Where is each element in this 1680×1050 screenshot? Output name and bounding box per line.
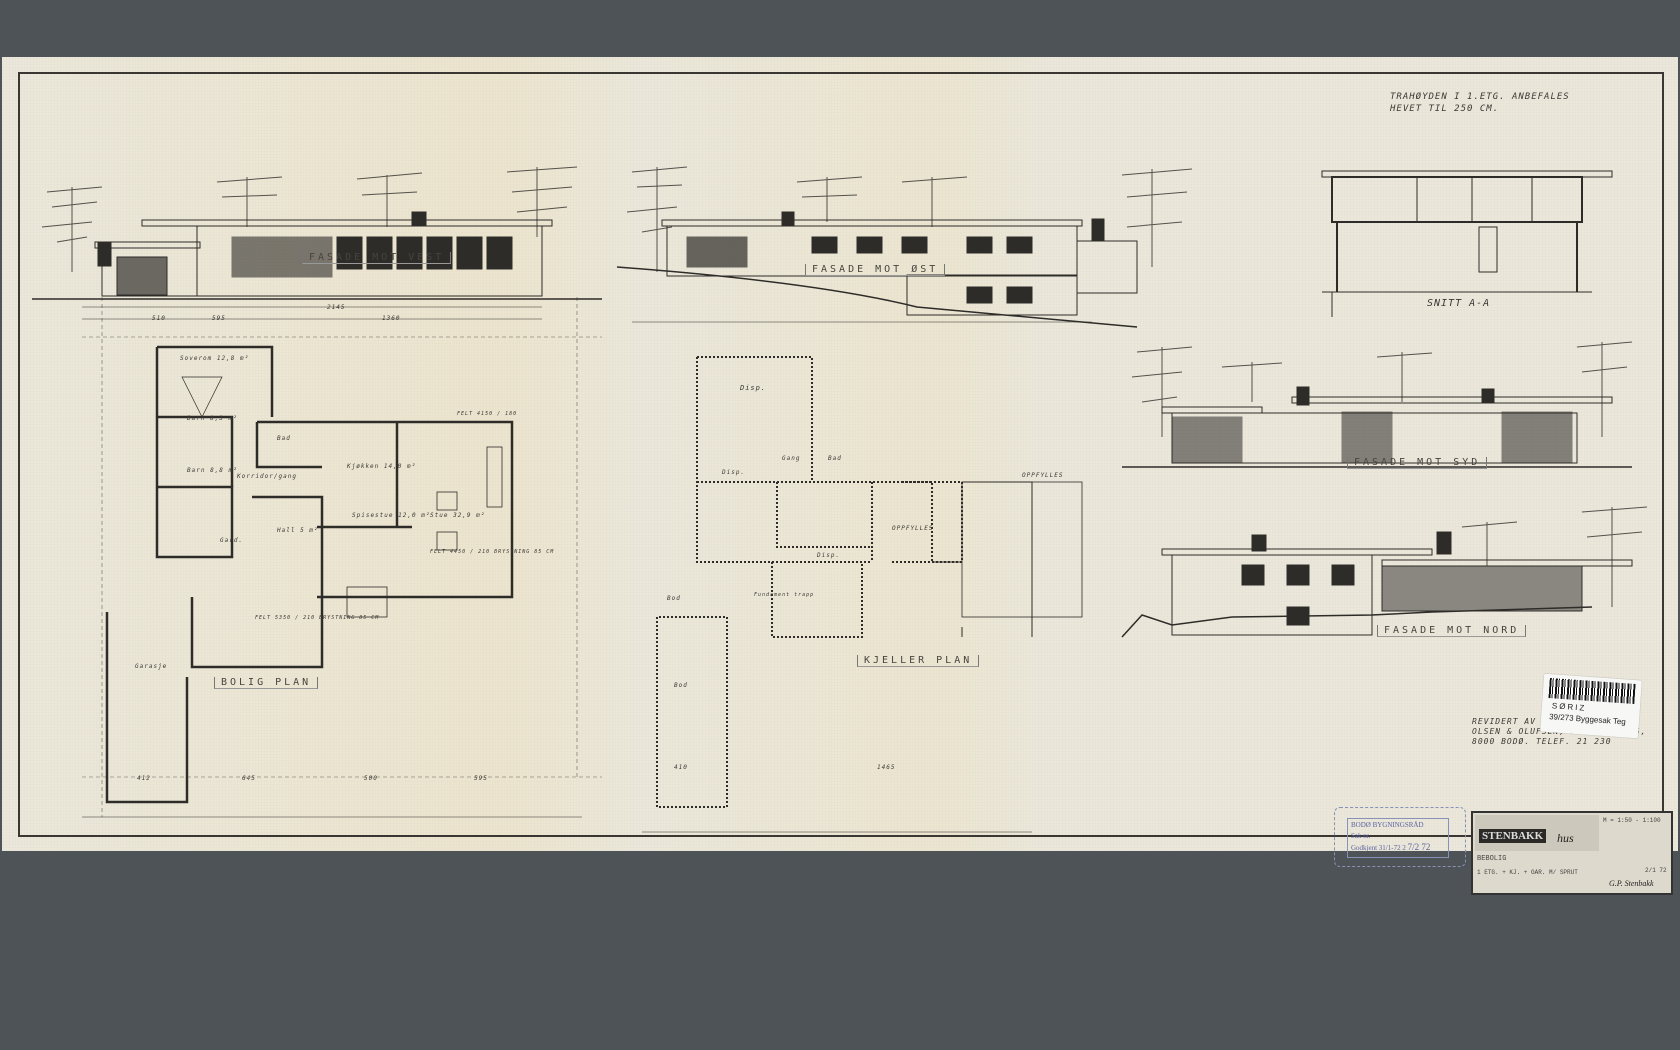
basement-plan-label: KJELLER PLAN [857, 655, 979, 667]
dim-label: 510 [152, 315, 166, 322]
facade-west-label: FASADE MOT VEST [302, 252, 451, 264]
floor-plan-main [82, 297, 602, 827]
dim-label: 595 [212, 315, 226, 322]
ceiling-height-note: TRAHØYDEN I 1.ETG. ANBEFALES HEVET TIL 2… [1390, 91, 1570, 115]
facade-north-label: FASADE MOT NORD [1377, 625, 1526, 637]
dim-label: 1360 [382, 315, 400, 322]
signature: G.P. Stenbakk [1609, 879, 1654, 888]
room-label: Gang [782, 455, 800, 462]
description-field: 1 ETG. + KJ. + GAR. M/ SPRUT [1477, 869, 1578, 876]
brand-logo: STENBAKK hus [1475, 815, 1599, 851]
stamp-line: Godkjent 31/1-72 2 7/2 72 [1348, 841, 1448, 853]
room-label: Stue 32,9 m² [430, 512, 485, 519]
dim-label: 410 [674, 764, 688, 771]
dim-label: 2145 [327, 304, 345, 311]
tree-icon [1222, 362, 1282, 402]
dim-label: 500 [364, 775, 378, 782]
room-name: Barn [187, 467, 205, 474]
dim-label: 595 [474, 775, 488, 782]
scale-field: M = 1:50 - 1:100 [1603, 817, 1661, 824]
room-area: 12,0 m² [398, 512, 430, 519]
room-label: Bod [674, 682, 688, 689]
brand-suffix: hus [1557, 831, 1574, 846]
title-block: STENBAKK hus M = 1:50 - 1:100 BEBOLIG 1 … [1471, 811, 1673, 895]
facade-east-label: FASADE MOT ØST [805, 264, 945, 276]
tree-icon [1122, 169, 1192, 267]
room-label: Spisestue 12,0 m² [352, 512, 430, 519]
floor-plan-label: BOLIG PLAN [214, 677, 318, 689]
room-label: Soverom 12,8 m² [180, 355, 249, 362]
dim-label: 645 [242, 775, 256, 782]
stamp-box: BODØ BYGNINGSRÅD Sak nr. Godkjent 31/1-7… [1347, 818, 1449, 858]
room-label: OPPFYLLES [892, 525, 934, 532]
room-label: Hall 5 m² [277, 527, 319, 534]
room-label: Bad [277, 435, 291, 442]
sticker-text: 39/273 Byggesak Teg [1549, 712, 1626, 726]
room-name: Spisestue [352, 512, 394, 519]
floor-plan-basement [632, 317, 1092, 837]
note-line: TRAHØYDEN I 1.ETG. ANBEFALES [1390, 91, 1570, 103]
room-label: Disp. [817, 552, 840, 559]
barcode-icon [1548, 678, 1635, 704]
facade-east-drawing [617, 157, 1207, 337]
room-area: 14,0 m² [384, 463, 416, 470]
sticker-code: SØRIZ [1552, 701, 1587, 712]
room-label: Kjøkken 14,0 m² [347, 463, 416, 470]
room-label: Barn 8,3 m² [187, 415, 238, 422]
room-label: Fundament trapp [754, 592, 814, 598]
room-label: Disp. [740, 384, 766, 392]
archive-sticker: SØRIZ 39/273 Byggesak Teg [1540, 674, 1642, 739]
room-label: Disp. [722, 469, 745, 476]
stamp-line: Sak nr. [1348, 831, 1448, 841]
room-label: Gard. [220, 537, 243, 544]
plan-note: FELT 5350 / 210 BRYSTNING 85 CM [255, 615, 379, 621]
facade-south-label: FASADE MOT SYD [1347, 457, 1487, 469]
tree-icon [1582, 507, 1647, 607]
facade-west-drawing [32, 157, 602, 317]
tree-icon [1462, 522, 1517, 572]
room-name: Hall [277, 527, 295, 534]
room-area: 32,9 m² [453, 512, 485, 519]
note-line: HEVET TIL 250 CM. [1390, 103, 1570, 115]
date-field: 2/1 72 [1645, 867, 1667, 874]
room-name: Stue [430, 512, 448, 519]
tree-icon [1377, 352, 1432, 402]
room-label: Korridor/gang [237, 473, 297, 480]
room-label: OPPFYLLES [1022, 472, 1064, 479]
room-label: Garasje [135, 663, 167, 670]
tree-icon [42, 187, 102, 272]
tree-icon [1577, 342, 1632, 437]
room-label: Barn 8,8 m² [187, 467, 238, 474]
room-name: Barn [187, 415, 205, 422]
stamp-line: BODØ BYGNINGSRÅD [1348, 819, 1448, 831]
dim-label: 412 [137, 775, 151, 782]
room-area: 5 m² [300, 527, 318, 534]
approval-stamp: BODØ BYGNINGSRÅD Sak nr. Godkjent 31/1-7… [1334, 807, 1466, 867]
room-area: 8,8 m² [210, 467, 238, 474]
plan-note: FELT 4450 / 210 BRYSTNING 85 CM [430, 549, 554, 555]
stamp-date: 7/2 72 [1408, 842, 1431, 852]
revised-by-line: 8000 BODØ. TELEF. 21 230 [1472, 737, 1647, 747]
brand-name: STENBAKK [1479, 829, 1546, 843]
room-name: Kjøkken [347, 463, 379, 470]
room-area: 8,3 m² [210, 415, 238, 422]
room-area: 12,8 m² [217, 355, 249, 362]
plan-note: FELT 4150 / 180 [457, 411, 517, 417]
drawing-sheet: TRAHØYDEN I 1.ETG. ANBEFALES HEVET TIL 2… [2, 57, 1678, 851]
project-field: BEBOLIG [1477, 855, 1506, 863]
tree-icon [797, 177, 862, 222]
section-label: SNITT A-A [1427, 298, 1490, 309]
room-label: Bad [828, 455, 842, 462]
facade-south-drawing [1112, 327, 1652, 497]
dim-label: 1465 [877, 764, 895, 771]
stamp-approved: Godkjent 31/1-72 2 [1351, 844, 1406, 852]
room-name: Soverom [180, 355, 212, 362]
facade-north-drawing [1112, 487, 1652, 637]
room-label: Bod [667, 595, 681, 602]
